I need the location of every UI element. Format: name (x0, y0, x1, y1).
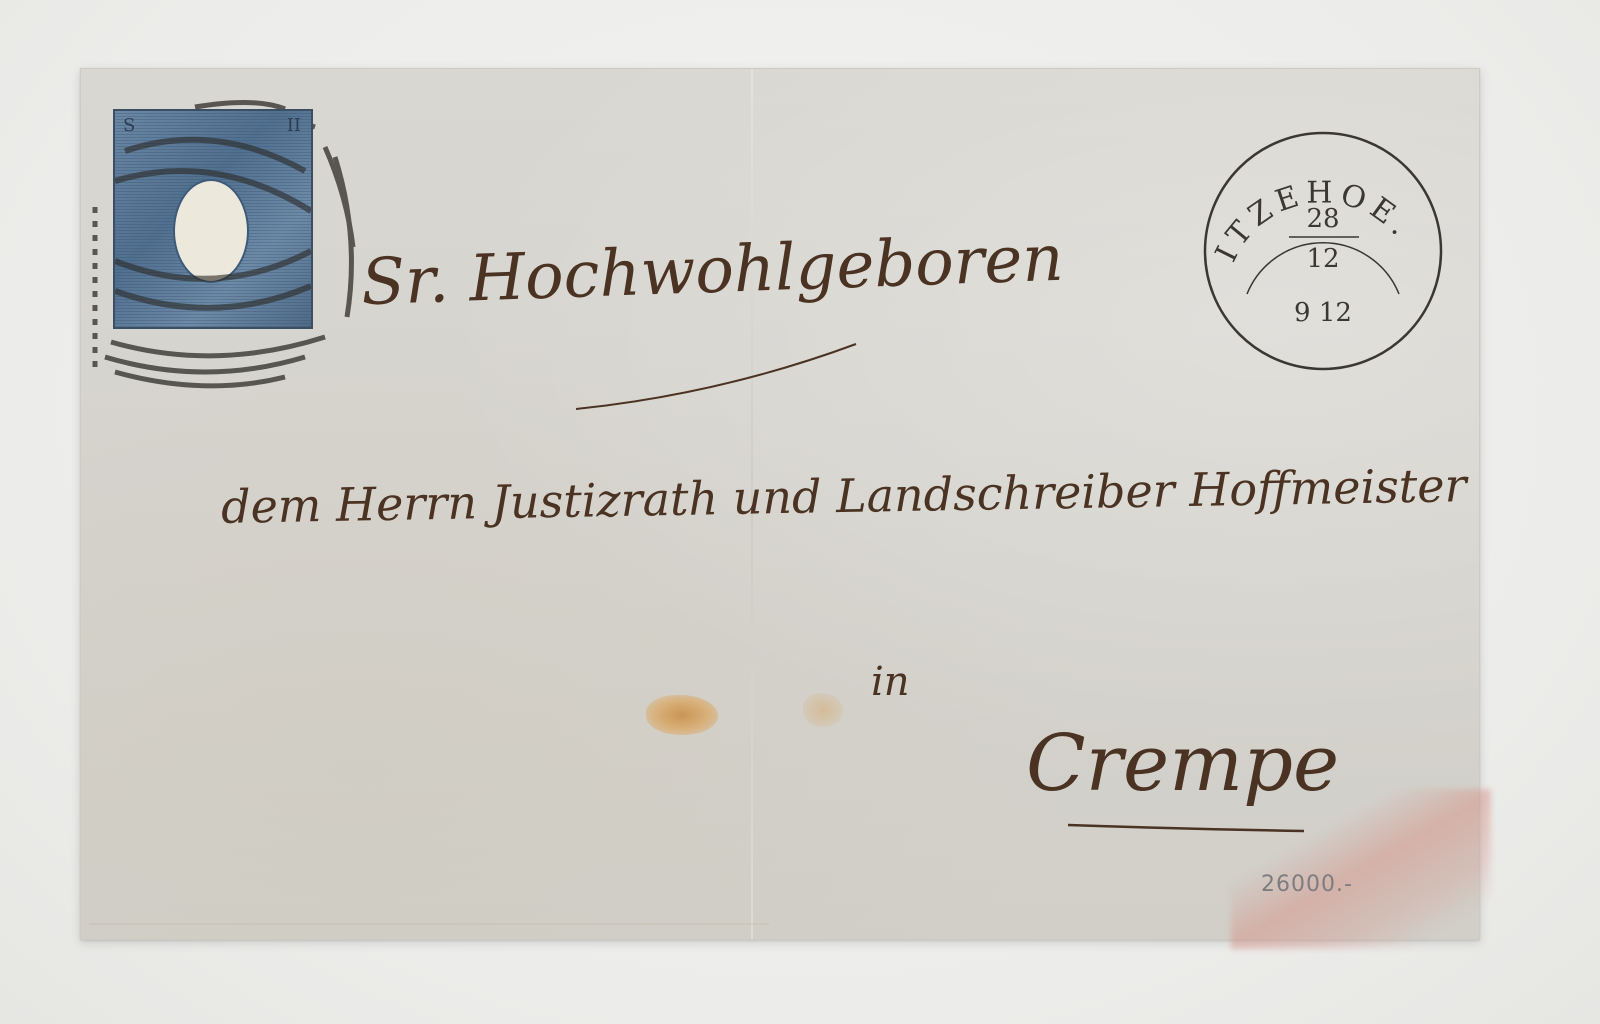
svg-text:28: 28 (1306, 204, 1339, 234)
postage-stamp: S II (113, 109, 313, 329)
red-crayon-mark (1231, 789, 1491, 949)
foxing-stain-faint (803, 693, 843, 727)
foxing-stain (646, 695, 718, 735)
itzehoe-postmark: ITZEHOE. 28 12 9 12 (1201, 129, 1445, 373)
underline-flourish (571, 339, 861, 419)
svg-text:9 12: 9 12 (1294, 298, 1352, 328)
address-line-salutation: Sr. Hochwohlgeboren (360, 222, 1065, 320)
inner-fold-edge (89, 923, 769, 925)
town-underline (1066, 817, 1306, 837)
address-line-in: in (871, 659, 910, 705)
svg-text:12: 12 (1306, 244, 1339, 274)
pencil-price-note: 26000.- (1261, 872, 1353, 897)
address-line-recipient: dem Herrn Justizrath und Landschreiber H… (221, 458, 1467, 534)
address-line-town: Crempe (1026, 719, 1339, 809)
stamp-cancel-overlay (115, 111, 311, 327)
letter-sheet: S II ITZEHOE. 28 12 9 12 Sr. Hochwohlgeb… (80, 68, 1480, 940)
